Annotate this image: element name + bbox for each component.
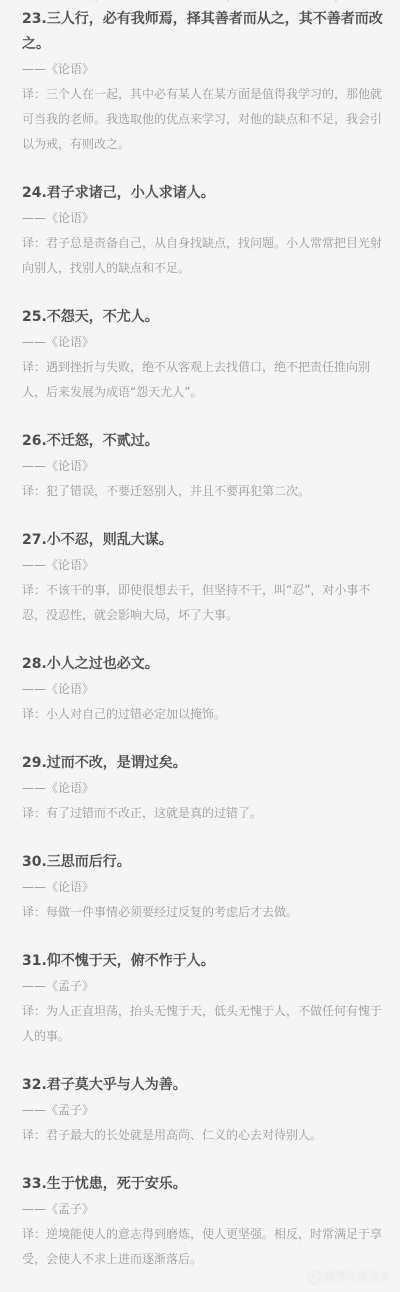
quote-source: ——《孟子》 [22,1098,384,1123]
quote-heading: 33.生于忧患，死于安乐。 [22,1172,384,1197]
quote-heading: 31.仰不愧于天，俯不怍于人。 [22,949,384,974]
quote-translation: 译：君子总是责备自己，从自身找缺点，找问题。小人常常把目光射 向别人，找别人的缺… [22,231,384,281]
clipped-previous-line: 可当我的老师。我选取他的优点来学习，对他的缺点和不足，我会引 [22,0,384,5]
quote-section: 23.三人行，必有我师焉，择其善者而从之，其不善者而改 之。 ——《论语》 译：… [22,7,384,157]
quote-section: 27.小不忍，则乱大谋。 ——《论语》 译：不该干的事，即使很想去干，但坚持不干… [22,528,384,628]
weibo-watermark: 微博经典语录 [308,1270,390,1284]
quote-heading: 30.三思而后行。 [22,850,384,875]
quote-translation: 译：君子最大的长处就是用高尚、仁义的心去对待别人。 [22,1123,384,1148]
quote-translation: 译：三个人在一起，其中必有某人在某方面是值得我学习的，那他就 可当我的老师。我选… [22,82,384,157]
quote-heading: 28.小人之过也必文。 [22,652,384,677]
quote-source: ——《论语》 [22,206,384,231]
quote-translation: 译：为人正直坦荡，抬头无愧于天，低头无愧于人，不做任何有愧于 人的事。 [22,999,384,1049]
quote-section: 33.生于忧患，死于安乐。 ——《孟子》 译：逆境能使人的意志得到磨炼，使人更坚… [22,1172,384,1272]
quote-heading: 24.君子求诸己，小人求诸人。 [22,181,384,206]
quote-section: 31.仰不愧于天，俯不怍于人。 ——《孟子》 译：为人正直坦荡，抬头无愧于天，低… [22,949,384,1049]
quote-heading: 26.不迁怒，不贰过。 [22,429,384,454]
quote-section: 29.过而不改，是谓过矣。 ——《论语》 译：有了过错而不改正，这就是真的过错了… [22,751,384,826]
quote-translation: 译：有了过错而不改正，这就是真的过错了。 [22,801,384,826]
quote-section: 30.三思而后行。 ——《论语》 译：每做一件事情必须要经过反复的考虑后才去做。 [22,850,384,925]
quote-source: ——《论语》 [22,677,384,702]
quote-translation: 译：每做一件事情必须要经过反复的考虑后才去做。 [22,900,384,925]
quote-section: 25.不怨天，不尤人。 ——《论语》 译：遇到挫折与失败，绝不从客观上去找借口，… [22,305,384,405]
quote-source: ——《论语》 [22,330,384,355]
quote-translation: 译：小人对自己的过错必定加以掩饰。 [22,702,384,727]
clipped-previous-line-text: 可当我的老师。我选取他的优点来学习，对他的缺点和不足，我会引 [22,0,382,4]
quote-source: ——《论语》 [22,454,384,479]
quote-heading: 23.三人行，必有我师焉，择其善者而从之，其不善者而改 之。 [22,7,384,57]
quote-translation: 译：不该干的事，即使很想去干，但坚持不干，叫“忍”，对小事不 忍，没忍性，就会影… [22,578,384,628]
quote-source: ——《论语》 [22,875,384,900]
quote-section: 28.小人之过也必文。 ——《论语》 译：小人对自己的过错必定加以掩饰。 [22,652,384,727]
quote-source: ——《孟子》 [22,1197,384,1222]
quote-source: ——《论语》 [22,776,384,801]
quotes-document: 23.三人行，必有我师焉，择其善者而从之，其不善者而改 之。 ——《论语》 译：… [0,0,400,1272]
quote-heading: 27.小不忍，则乱大谋。 [22,528,384,553]
quote-section: 32.君子莫大乎与人为善。 ——《孟子》 译：君子最大的长处就是用高尚、仁义的心… [22,1073,384,1148]
quote-source: ——《论语》 [22,57,384,82]
quote-heading: 29.过而不改，是谓过矣。 [22,751,384,776]
quote-section: 24.君子求诸己，小人求诸人。 ——《论语》 译：君子总是责备自己，从自身找缺点… [22,181,384,281]
quote-translation: 译：犯了错误，不要迁怒别人，并且不要再犯第二次。 [22,479,384,504]
weibo-watermark-text: 微博经典语录 [324,1270,390,1284]
quote-translation: 译：逆境能使人的意志得到磨炼，使人更坚强。相反，时常满足于享 受，会使人不求上进… [22,1222,384,1272]
quote-heading: 32.君子莫大乎与人为善。 [22,1073,384,1098]
quote-translation: 译：遇到挫折与失败，绝不从客观上去找借口，绝不把责任推向别 人，后来发展为成语“… [22,355,384,405]
quote-section: 26.不迁怒，不贰过。 ——《论语》 译：犯了错误，不要迁怒别人，并且不要再犯第… [22,429,384,504]
weibo-logo-icon [308,1271,321,1284]
quote-source: ——《论语》 [22,553,384,578]
quote-heading: 25.不怨天，不尤人。 [22,305,384,330]
sections: 23.三人行，必有我师焉，择其善者而从之，其不善者而改 之。 ——《论语》 译：… [22,7,384,1272]
quote-source: ——《孟子》 [22,974,384,999]
